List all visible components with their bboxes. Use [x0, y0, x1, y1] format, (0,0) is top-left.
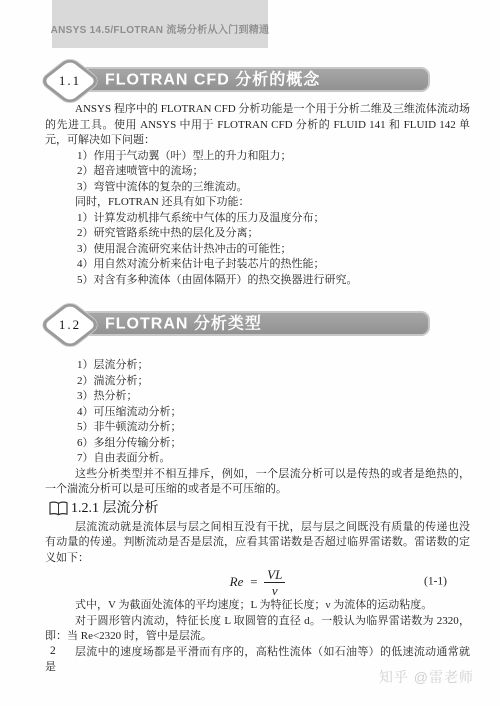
numbered-list: 1）层流分析； 2）湍流分析； 3）热分析； 4）可压缩流动分析； 5）非牛顿流…	[77, 358, 470, 467]
book-title-banner: ANSYS 14.5/FLOTRAN 流场分析从入门到精通	[52, 0, 268, 48]
paragraph: ANSYS 程序中的 FLOTRAN CFD 分析功能是一个用于分析二维及三维流…	[45, 102, 470, 149]
subsection-heading-1-2-1: 1.2.1 层流分析	[49, 498, 470, 520]
paragraph: 层流流动就是流体层与层之间相互没有干扰，层与层之间既没有质量的传递也没有动量的传…	[45, 520, 470, 567]
numbered-list: 1）作用于气动翼（叶）型上的升力和阻力； 2）超音速喷管中的流场； 3）弯管中流…	[77, 149, 470, 196]
list-item: 1）作用于气动翼（叶）型上的升力和阻力；	[77, 149, 470, 165]
list-item: 2）研究管路系统中热的层化及分离；	[77, 226, 470, 242]
list-item: 3）使用混合流研究来估计热冲击的可能性；	[77, 242, 470, 258]
watermark: 知乎 @雷老师	[379, 667, 474, 687]
page-content: FLOTRAN CFD 分析的概念 1.1 ANSYS 程序中的 FLOTRAN…	[45, 56, 470, 676]
equals-sign: =	[249, 574, 258, 590]
paragraph: 这些分析类型并不相互排斥，例如，一个层流分析可以是传热的或者是绝热的，一个湍流分…	[45, 467, 470, 498]
list-item: 1）层流分析；	[77, 358, 470, 374]
section-header-1-2: FLOTRAN 分析类型 1.2	[45, 300, 470, 346]
list-item: 5）对含有多种流体（由固体隔开）的热交换器进行研究。	[77, 273, 470, 289]
fraction-denominator: ν	[272, 583, 278, 597]
list-item: 5）非牛顿流动分析；	[77, 420, 470, 436]
book-page: ANSYS 14.5/FLOTRAN 流场分析从入门到精通 FLOTRAN CF…	[0, 0, 500, 706]
list-item: 2）超音速喷管中的流场；	[77, 164, 470, 180]
paragraph: 式中，V 为截面处流体的平均速度；L 为特征长度；ν 为流体的运动粘度。	[45, 598, 470, 614]
subsection-title: 1.2.1 层流分析	[71, 501, 159, 517]
list-item: 1）计算发动机排气系统中气体的压力及温度分布；	[77, 211, 470, 227]
list-item: 4）用自然对流分析来估计电子封装芯片的热性能；	[77, 257, 470, 273]
list-item: 4）可压缩流动分析；	[77, 405, 470, 421]
equation-body: Re = VL ν	[230, 568, 286, 597]
numbered-list: 1）计算发动机排气系统中气体的压力及温度分布； 2）研究管路系统中热的层化及分离…	[77, 211, 470, 289]
section-title: FLOTRAN CFD 分析的概念	[105, 72, 320, 88]
fraction: VL ν	[264, 568, 285, 597]
list-item: 7）自由表面分析。	[77, 451, 470, 467]
section-header-1-1: FLOTRAN CFD 分析的概念 1.1	[45, 56, 470, 102]
section-number: 1.2	[36, 298, 104, 352]
reynolds-number-equation: Re = VL ν (1-1)	[45, 566, 470, 598]
section-title: FLOTRAN 分析类型	[105, 316, 262, 332]
book-title: ANSYS 14.5/FLOTRAN 流场分析从入门到精通	[51, 21, 270, 36]
list-item: 2）湍流分析；	[77, 374, 470, 390]
paragraph: 同时，FLOTRAN 还具有如下功能：	[45, 195, 470, 211]
section-number: 1.1	[36, 54, 104, 108]
list-item: 3）热分析；	[77, 389, 470, 405]
paragraph: 对于圆形管内流动，特征长度 L 取圆管的直径 d。一般认为临界雷诺数为 2320…	[45, 614, 470, 645]
list-item: 6）多组分传输分析；	[77, 436, 470, 452]
equation-number: (1-1)	[424, 574, 447, 590]
equation-lhs: Re	[230, 574, 244, 590]
section-title-bar: FLOTRAN 分析类型	[59, 311, 430, 336]
open-book-icon	[49, 501, 68, 516]
page-number: 2	[50, 645, 56, 657]
section-title-bar: FLOTRAN CFD 分析的概念	[59, 67, 430, 92]
fraction-numerator: VL	[264, 568, 285, 583]
list-item: 3）弯管中流体的复杂的三维流动。	[77, 180, 470, 196]
